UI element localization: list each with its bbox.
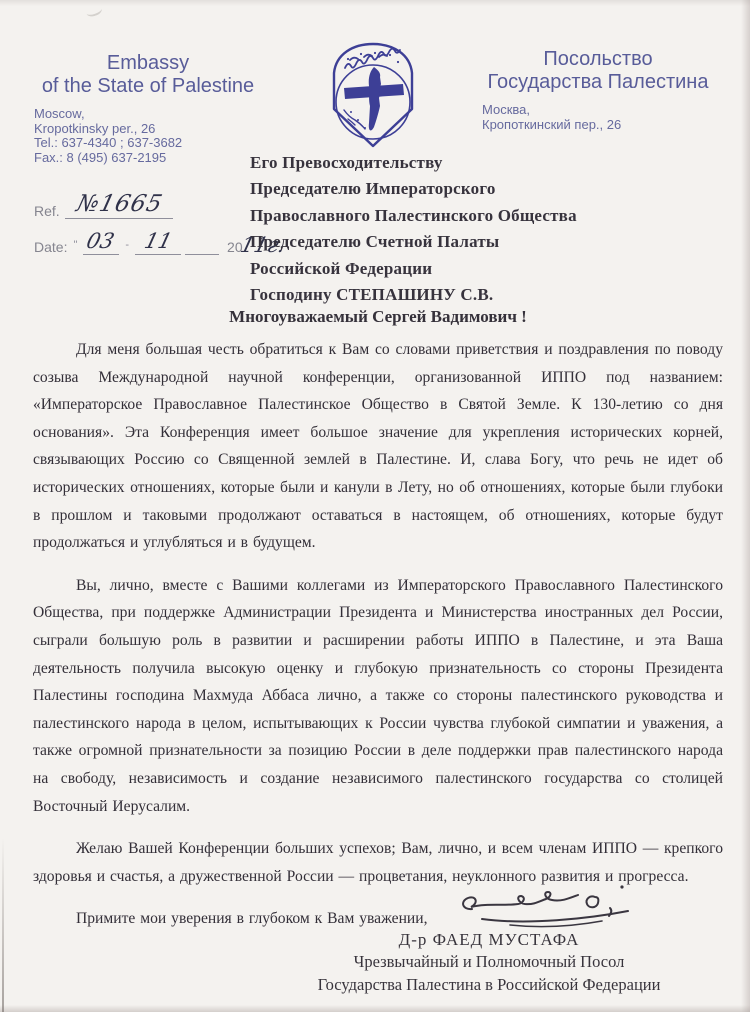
signature-block: Д-р ФАЕД МУСТАФА Чрезвычайный и Полномоч… [252,928,726,996]
address-line: Кропоткинский пер., 26 [482,118,730,133]
body-paragraph-1: Для меня большая честь обратиться к Вам … [33,336,723,557]
address-line: Москва, [482,103,730,118]
scan-edge-top [0,0,750,6]
salutation: Многоуважаемый Сергей Вадимович ! [33,307,723,327]
date-day-underline: 03 [83,230,119,255]
addressee-line: Господину СТЕПАШИНУ С.В. [250,282,725,308]
scan-edge-bottom [0,1005,750,1012]
date-row: Date: " 03 - 11 20 11г. [34,230,285,255]
address-line: Moscow, [34,107,270,122]
embassy-address-en: Moscow, Kropotkinsky per., 26 Tel.: 637-… [26,107,270,165]
date-month-handwritten: 11 [142,229,175,253]
addressee-line: Православного Палестинского Общества [250,203,725,229]
embassy-address-ru: Москва, Кропоткинский пер., 26 [466,103,730,132]
date-day-handwritten: 03 [84,229,117,253]
signer-title-line2: Государства Палестина в Российской Федер… [252,974,726,997]
embassy-header-russian: Посольство Государства Палестина Москва,… [466,48,730,132]
address-line: Fax.: 8 (495) 637-2195 [34,151,270,166]
embassy-title-en-line1: Embassy [26,52,270,75]
embassy-header-english: Embassy of the State of Palestine Moscow… [26,52,270,165]
addressee-block: Его Превосходительству Председателю Импе… [250,150,725,308]
scanned-letter-page: { "header": { "left": { "title_line1": "… [0,0,750,1012]
quote-tick: " [73,239,77,251]
ref-row: Ref. №1665 [34,194,173,219]
addressee-line: Председателю Счетной Палаты [250,229,725,255]
letter-body: Для меня большая честь обратиться к Вам … [33,336,723,948]
address-line: Kropotkinsky per., 26 [34,122,270,137]
signer-title-line1: Чрезвычайный и Полномочный Посол [252,951,726,974]
address-line: Tel.: 637-4340 ; 637-3682 [34,136,270,151]
date-month-underline: 11 [135,230,181,255]
ref-label: Ref. [34,203,60,219]
date-label: Date: [34,239,67,255]
signature-scribble-icon [452,880,652,932]
embassy-title-ru-line2: Государства Палестина [466,71,730,94]
scan-edge-left-line [2,838,4,1012]
dash-tick: - [125,239,129,251]
addressee-line: Его Превосходительству [250,150,725,176]
addressee-line: Российской Федерации [250,256,725,282]
embassy-title-en-line2: of the State of Palestine [26,75,270,98]
scan-edge-right [741,0,750,1012]
date-empty-underline [185,230,219,255]
ref-underline: №1665 [65,194,173,219]
signer-name: Д-р ФАЕД МУСТАФА [252,928,726,951]
embassy-title-ru-line1: Посольство [466,48,730,71]
body-paragraph-2: Вы, лично, вместе с Вашими коллегами из … [33,572,723,820]
addressee-line: Председателю Императорского [250,176,725,202]
embassy-emblem-icon [324,40,422,152]
ref-number-handwritten: №1665 [73,191,165,217]
